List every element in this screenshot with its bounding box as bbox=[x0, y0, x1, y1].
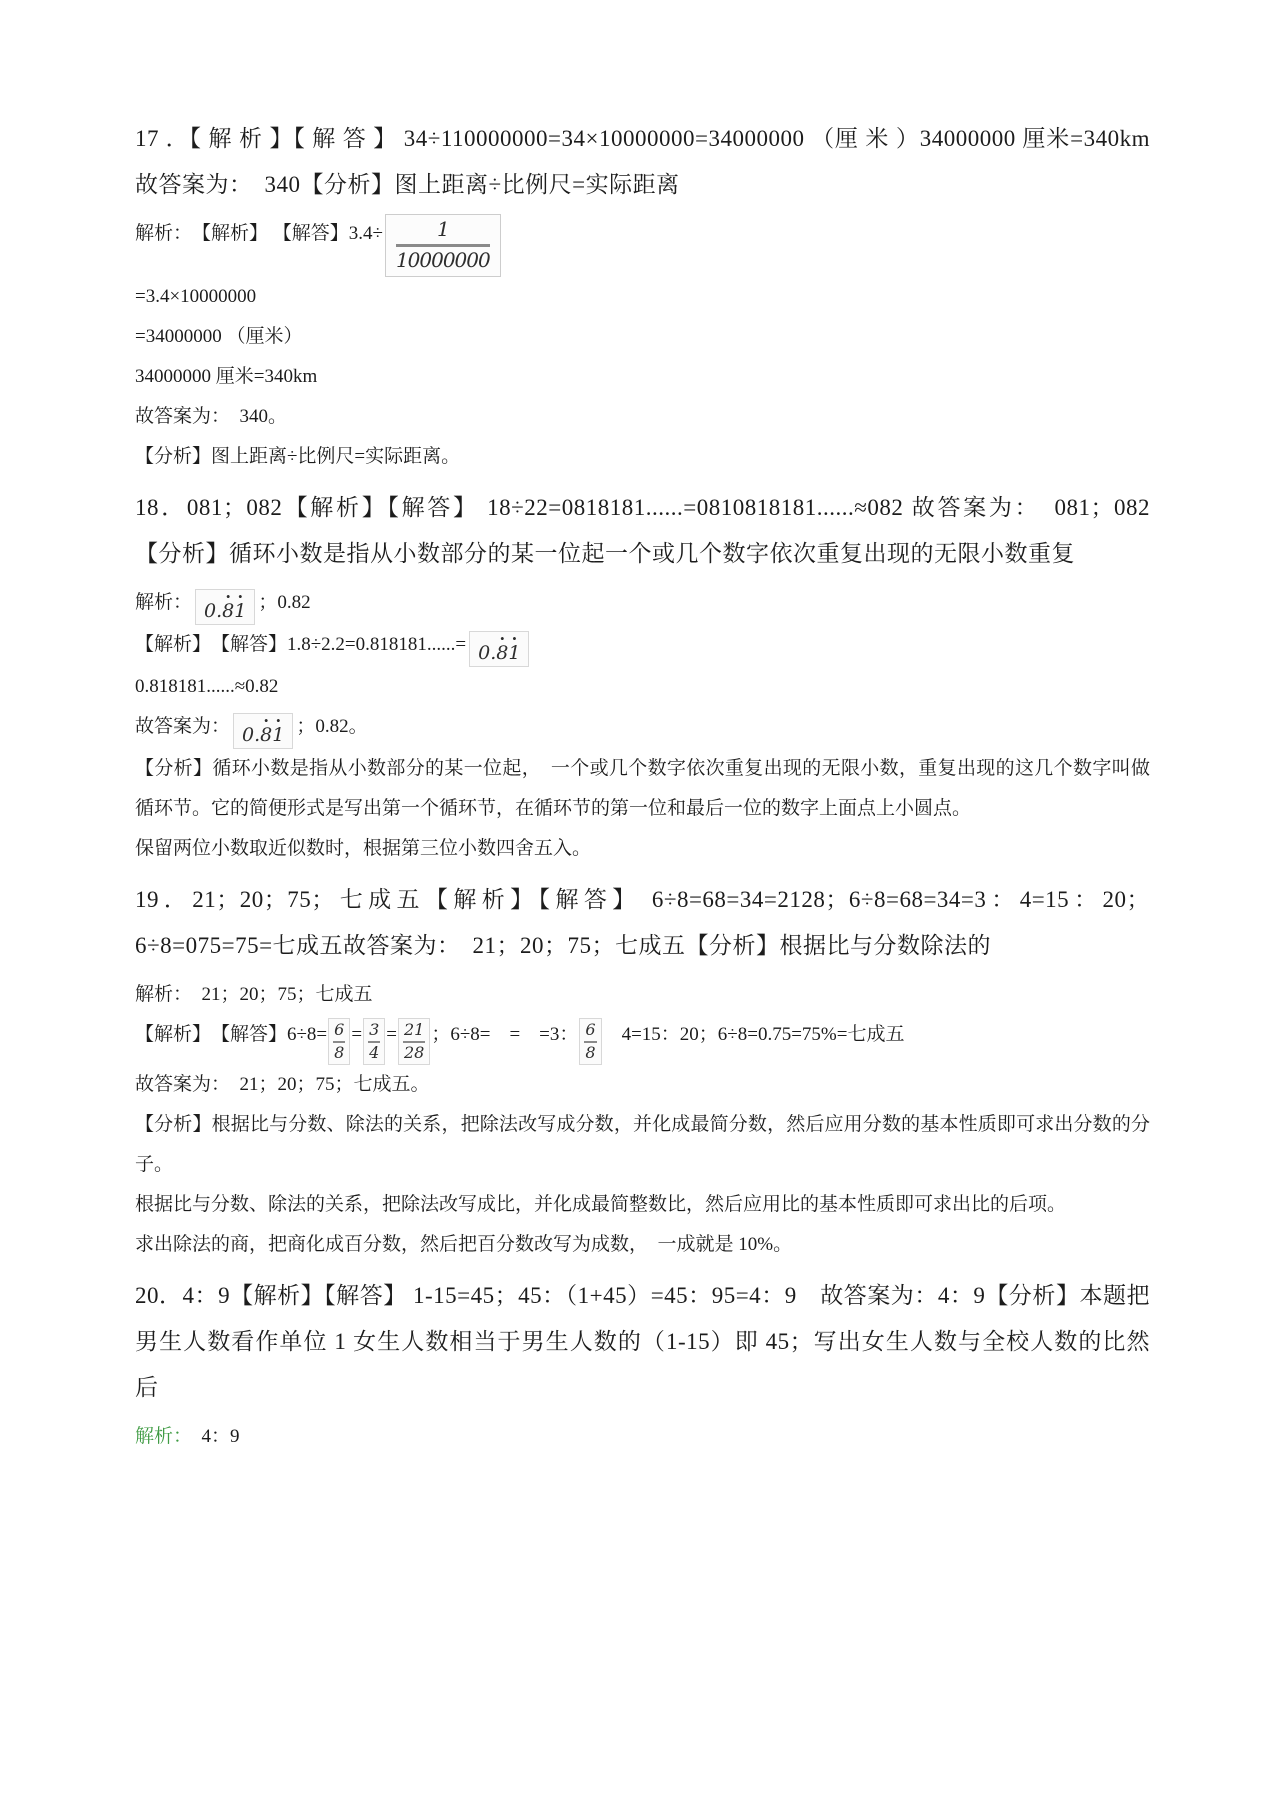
rec-digit-1: 1 bbox=[234, 602, 246, 621]
q18-solve-text: 【解析】 【解答】1.8÷2.2=0.818181......= bbox=[135, 634, 466, 655]
q19-analysis-line3: 求出除法的商，把商化成百分数，然后把百分数改写为成数， 一成就是 10%。 bbox=[135, 1225, 1150, 1265]
q20-jiexi-label-green: 解析： bbox=[135, 1426, 183, 1447]
fraction-denominator: 4 bbox=[368, 1043, 380, 1062]
rec-integer-part: 0. bbox=[242, 724, 260, 746]
rec-integer-part: 0. bbox=[478, 642, 496, 664]
repeating-decimal-0-81: 0.81 bbox=[233, 713, 293, 749]
q17-jiexi-text: 解析： 【解析】 【解答】3.4÷ bbox=[135, 223, 383, 244]
q18-answer-text: 故答案为： bbox=[135, 716, 230, 737]
q19-formula-middle: ；6÷8= = =3： bbox=[431, 1024, 578, 1045]
fraction-1-over-10000000: 110000000 bbox=[385, 214, 501, 277]
fraction-denominator: 10000000 bbox=[396, 247, 490, 272]
q18-solve-line: 【解析】 【解答】1.8÷2.2=0.818181......=0.81 bbox=[135, 625, 1150, 667]
fraction-numerator: 6 bbox=[333, 1021, 345, 1043]
fraction-6-over-8: 68 bbox=[579, 1018, 601, 1064]
q19-formula-tail: 4=15：20；6÷8=0.75=75%=七成五 bbox=[603, 1024, 905, 1045]
q17-answer-line: 故答案为： 340。 bbox=[135, 397, 1150, 437]
equals-sign: = bbox=[386, 1024, 397, 1045]
fraction-numerator: 21 bbox=[403, 1021, 425, 1043]
q18-jiexi-rest: ；0.82 bbox=[258, 592, 310, 613]
rec-digit-1: 1 bbox=[508, 644, 520, 663]
rec-digit-1: 1 bbox=[272, 726, 284, 745]
rec-digit-8: 8 bbox=[222, 602, 234, 621]
q19-formula-text: 【解析】 【解答】6÷8= bbox=[135, 1024, 327, 1045]
fraction-3-over-4: 34 bbox=[363, 1018, 385, 1064]
q17-step-line: =3.4×10000000 bbox=[135, 277, 1150, 317]
q17-jiexi-line: 解析： 【解析】 【解答】3.4÷110000000 bbox=[135, 214, 1150, 277]
q18-analysis-paragraph: 【分析】循环小数是指从小数部分的某一位起， 一个或几个数字依次重复出现的无限小数… bbox=[135, 749, 1150, 829]
q19-analysis-paragraph2: 根据比与分数、除法的关系，把除法改写成比，并化成最简整数比，然后应用比的基本性质… bbox=[135, 1185, 1150, 1225]
q19-jiexi-line: 解析： 21；20；75；七成五 bbox=[135, 975, 1150, 1015]
fraction-numerator: 1 bbox=[396, 218, 490, 247]
fraction-6-over-8: 68 bbox=[328, 1018, 350, 1064]
rec-digit-8: 8 bbox=[260, 726, 272, 745]
q18-jiexi-line: 解析：0.81；0.82 bbox=[135, 583, 1150, 625]
q20-jiexi-value: 4：9 bbox=[183, 1426, 240, 1447]
fraction-21-over-28: 2128 bbox=[398, 1018, 430, 1064]
repeating-decimal-0-81: 0.81 bbox=[195, 589, 255, 625]
q17-step-line: =34000000 （厘米） bbox=[135, 317, 1150, 357]
q20-jiexi-line: 解析： 4：9 bbox=[135, 1417, 1150, 1457]
q19-analysis-paragraph1: 【分析】根据比与分数、除法的关系，把除法改写成分数，并化成最简分数，然后应用分数… bbox=[135, 1105, 1150, 1185]
fraction-denominator: 8 bbox=[333, 1043, 345, 1062]
fraction-denominator: 8 bbox=[584, 1043, 596, 1062]
q17-analysis-line: 【分析】图上距离÷比例尺=实际距离。 bbox=[135, 437, 1150, 477]
q18-main-paragraph: 18．081；082【解析】【解答】 18÷22=0818181......=0… bbox=[135, 485, 1150, 577]
document-page: 17 ．【 解 析 】【 解 答 】 34÷110000000=34×10000… bbox=[0, 0, 1280, 1810]
repeating-decimal-0-81: 0.81 bbox=[469, 631, 529, 667]
q19-formula-line: 【解析】 【解答】6÷8=68=34=2128；6÷8= = =3：68 4=1… bbox=[135, 1015, 1150, 1065]
q20-main-paragraph: 20．4：9【解析】【解答】 1-15=45；45：（1+45）=45：95=4… bbox=[135, 1273, 1150, 1411]
rec-digit-8: 8 bbox=[496, 644, 508, 663]
q17-step-line: 34000000 厘米=340km bbox=[135, 357, 1150, 397]
fraction-numerator: 3 bbox=[368, 1021, 380, 1043]
q18-jiexi-label: 解析： bbox=[135, 592, 192, 613]
q19-answer-line: 故答案为： 21；20；75；七成五。 bbox=[135, 1065, 1150, 1105]
equals-sign: = bbox=[351, 1024, 362, 1045]
fraction-numerator: 6 bbox=[584, 1021, 596, 1043]
fraction-denominator: 28 bbox=[403, 1043, 425, 1062]
rec-integer-part: 0. bbox=[204, 600, 222, 622]
q18-analysis-line2: 保留两位小数取近似数时，根据第三位小数四舍五入。 bbox=[135, 829, 1150, 869]
q18-approx-line: 0.818181......≈0.82 bbox=[135, 667, 1150, 707]
q17-main-paragraph: 17 ．【 解 析 】【 解 答 】 34÷110000000=34×10000… bbox=[135, 116, 1150, 208]
q18-answer-line: 故答案为：0.81；0.82。 bbox=[135, 707, 1150, 749]
q18-answer-rest: ；0.82。 bbox=[296, 716, 367, 737]
q19-main-paragraph: 19．21；20；75；七成五【解析】【解答】 6÷8=68=34=2128；6… bbox=[135, 877, 1150, 969]
